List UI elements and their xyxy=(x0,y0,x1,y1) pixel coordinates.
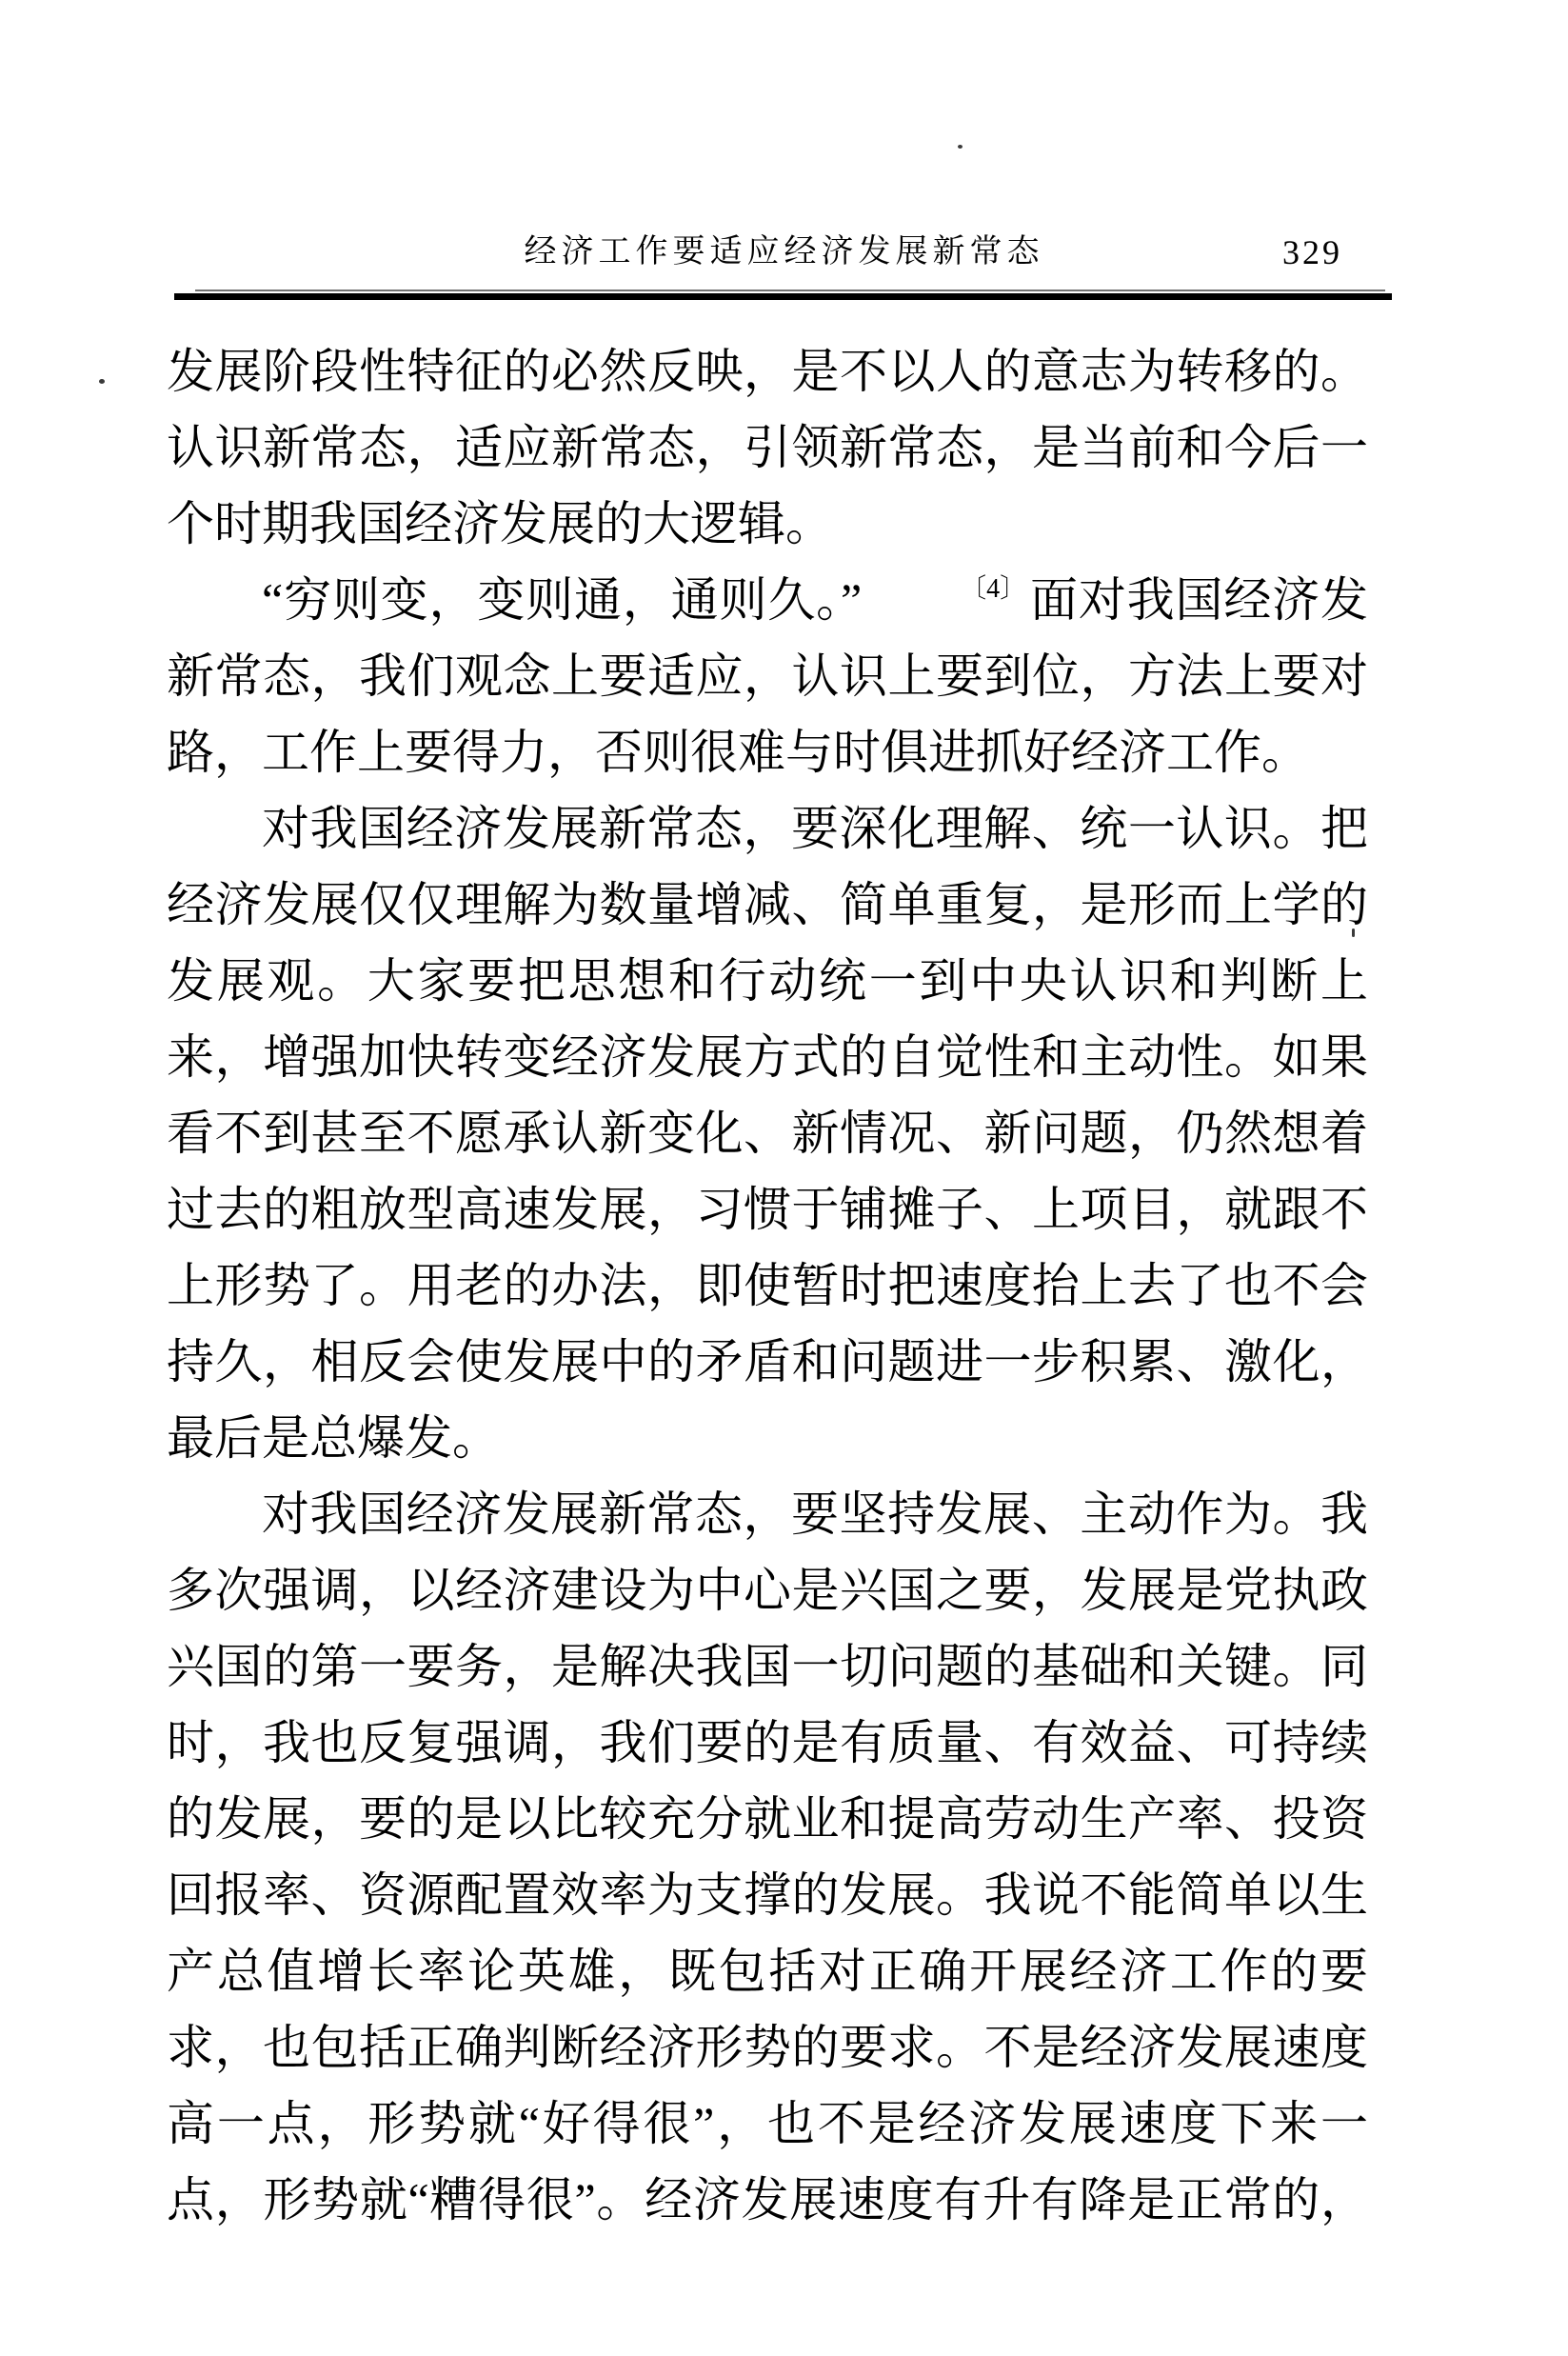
text-line: 的发展，要的是以比较充分就业和提高劳动生产率、投资 xyxy=(167,1781,1368,1857)
text-line: 求，也包括正确判断经济形势的要求。不是经济发展速度 xyxy=(167,2009,1368,2086)
text-line: 路，工作上要得力，否则很难与时俱进抓好经济工作。 xyxy=(167,714,1368,790)
text-line: 新常态，我们观念上要适应，认识上要到位，方法上要对 xyxy=(167,638,1368,714)
text-line: 个时期我国经济发展的大逻辑。 xyxy=(167,486,1368,562)
text-line: 发展阶段性特征的必然反映，是不以人的意志为转移的。 xyxy=(167,333,1368,409)
footnote-ref: 〔4〕 xyxy=(864,576,1026,603)
header-rule-hairline xyxy=(195,290,1385,291)
text-line: “穷则变，变则通，通则久。”〔4〕面对我国经济发展 xyxy=(167,562,1368,638)
text-line: 兴国的第一要务，是解决我国一切问题的基础和关键。同 xyxy=(167,1628,1368,1705)
scan-speck xyxy=(1352,928,1355,937)
page-body: 发展阶段性特征的必然反映，是不以人的意志为转移的。认识新常态，适应新常态，引领新… xyxy=(167,333,1368,2238)
text-line: 最后是总爆发。 xyxy=(167,1400,1368,1476)
text-line: 点，形势就“糟得很”。经济发展速度有升有降是正常的， xyxy=(167,2162,1368,2238)
text-line: 对我国经济发展新常态，要坚持发展、主动作为。我 xyxy=(167,1476,1368,1552)
text-line: 上形势了。用老的办法，即使暂时把速度抬上去了也不会 xyxy=(167,1248,1368,1324)
text-line: 经济发展仅仅理解为数量增减、简单重复，是形而上学的 xyxy=(167,867,1368,943)
text-line: 认识新常态，适应新常态，引领新常态，是当前和今后一 xyxy=(167,409,1368,486)
text-line: 多次强调，以经济建设为中心是兴国之要，发展是党执政 xyxy=(167,1552,1368,1628)
text-line: 发展观。大家要把思想和行动统一到中央认识和判断上 xyxy=(167,943,1368,1019)
page-number: 329 xyxy=(1282,232,1342,272)
text-line: 对我国经济发展新常态，要深化理解、统一认识。把 xyxy=(167,790,1368,867)
header-rule xyxy=(174,293,1392,300)
text-line: 过去的粗放型高速发展，习惯于铺摊子、上项目，就跟不 xyxy=(167,1171,1368,1248)
text-line: 高一点，形势就“好得很”，也不是经济发展速度下来一 xyxy=(167,2086,1368,2162)
text-line: 回报率、资源配置效率为支撑的发展。我说不能简单以生 xyxy=(167,1857,1368,1933)
text-line: 来，增强加快转变经济发展方式的自觉性和主动性。如果 xyxy=(167,1019,1368,1095)
scan-speck xyxy=(958,145,963,149)
text-line: 持久，相反会使发展中的矛盾和问题进一步积累、激化， xyxy=(167,1324,1368,1400)
book-page: { "page": { "background_color": "#ffffff… xyxy=(0,0,1568,2356)
text-line: 产总值增长率论英雄，既包括对正确开展经济工作的要 xyxy=(167,1933,1368,2009)
text-line: 时，我也反复强调，我们要的是有质量、有效益、可持续 xyxy=(167,1705,1368,1781)
scan-speck xyxy=(99,379,105,384)
text-line: 看不到甚至不愿承认新变化、新情况、新问题，仍然想着 xyxy=(167,1095,1368,1171)
